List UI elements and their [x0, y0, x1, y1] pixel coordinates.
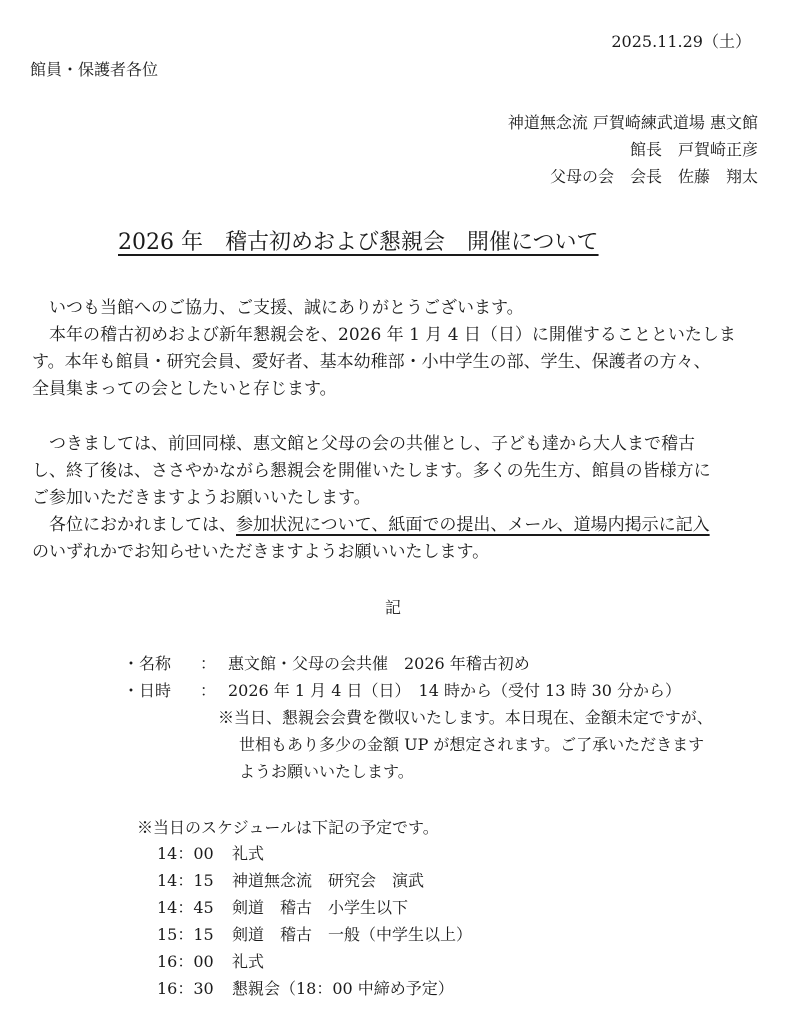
- paragraph-prefix: 各位におかれましては、: [32, 515, 236, 535]
- schedule-time: 16：00: [157, 954, 214, 970]
- paragraph-line: し、終了後は、ささやかながら懇親会を開催いたします。多くの先生方、館員の皆様方に: [32, 463, 711, 480]
- ki-heading: 記: [385, 600, 401, 616]
- schedule-event: 剣道 稽古 一般（中学生以上）: [232, 927, 472, 943]
- fee-note-line: 世相もあり多少の金額 UP が想定されます。ご了承いただきます: [239, 737, 704, 753]
- underlined-instruction: 参加状況について、紙面での提出、メール、道場内掲示に記入: [236, 515, 710, 535]
- schedule-time: 14：15: [157, 873, 214, 889]
- schedule-event: 剣道 稽古 小学生以下: [232, 900, 408, 916]
- schedule-time: 15：15: [157, 927, 214, 943]
- paragraph-line: いつも当館へのご協力、ご支援、誠にありがとうございます。: [32, 300, 524, 317]
- detail-value-name: 惠文館・父母の会共催 2026 年稽古初め: [228, 656, 530, 672]
- schedule-heading: ※当日のスケジュールは下記の予定です。: [137, 820, 439, 836]
- detail-value-datetime: 2026 年 1 月 4 日（日） 14 時から（受付 13 時 30 分から）: [228, 683, 681, 699]
- schedule-time: 16：30: [157, 981, 214, 997]
- sender-parents-association: 父母の会 会長 佐藤 翔太: [550, 169, 758, 185]
- document-date: 2025.11.29（土）: [611, 34, 751, 50]
- schedule-event: 礼式: [232, 954, 264, 970]
- paragraph-line: ご参加いただきますようお願いいたします。: [32, 490, 371, 507]
- schedule-event: 神道無念流 研究会 演武: [232, 873, 424, 889]
- sender-organization: 神道無念流 戸賀崎練武道場 惠文館: [508, 115, 758, 131]
- detail-label-name: ・名称: [123, 656, 171, 672]
- detail-label-datetime: ・日時: [123, 683, 171, 699]
- schedule-time: 14：00: [157, 846, 214, 862]
- detail-colon: ：: [200, 656, 216, 672]
- paragraph-line: のいずれかでお知らせいただきますようお願いいたします。: [32, 544, 489, 561]
- paragraph-line: 各位におかれましては、参加状況について、紙面での提出、メール、道場内掲示に記入: [32, 517, 710, 534]
- detail-colon: ：: [200, 683, 216, 699]
- paragraph-line: つきましては、前回同様、惠文館と父母の会の共催とし、子ども達から大人まで稽古: [32, 436, 695, 453]
- addressee: 館員・保護者各位: [30, 62, 158, 78]
- document-title: 2026 年 稽古初めおよび懇親会 開催について: [118, 232, 599, 254]
- paragraph-line: す。本年も館員・研究会員、愛好者、基本幼稚部・小中学生の部、学生、保護者の方々、: [32, 354, 711, 371]
- schedule-time: 14：45: [157, 900, 214, 916]
- schedule-event: 礼式: [232, 846, 264, 862]
- fee-note-line: ようお願いいたします。: [239, 764, 414, 780]
- paragraph-line: 本年の稽古初めおよび新年懇親会を、2026 年 1 月 4 日（日）に開催するこ…: [32, 327, 736, 344]
- fee-note-line: ※当日、懇親会会費を徴収いたします。本日現在、金額未定ですが、: [218, 710, 713, 726]
- schedule-event: 懇親会（18：00 中締め予定）: [232, 981, 454, 997]
- paragraph-line: 全員集まっての会としたいと存じます。: [32, 381, 337, 398]
- sender-director: 館長 戸賀崎正彦: [630, 142, 758, 158]
